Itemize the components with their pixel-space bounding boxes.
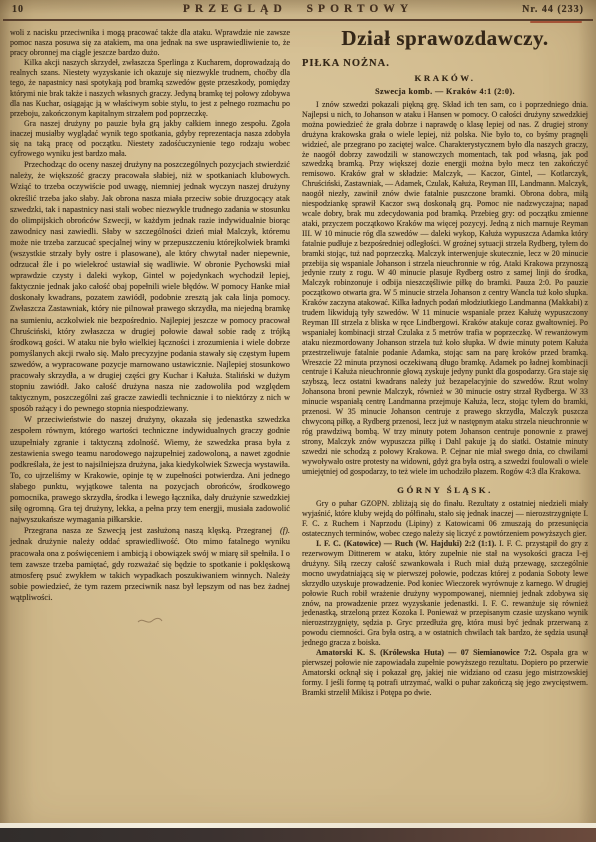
section-title: Dział sprawozdawczy. [302,26,588,51]
article-paragraph: Gra naszej drużyny po pauzie była grą ja… [10,119,290,159]
match-lead: I. F. C. (Katowice) — Ruch (W. Hajduki) … [316,539,496,548]
newspaper-page: 10 PRZEGLĄD SPORTOWY Nr. 44 (233) woli z… [0,0,596,842]
match-heading-szwecja-krakow: Szwecja komb. — Kraków 4:1 (2:0). [302,87,588,96]
match-text: I. F. C. przystąpił do gry z rezerwowym … [302,539,588,647]
article-paragraph-text: Przegrana nasza ze Szwecją jest zasłużon… [10,526,290,602]
right-column: Dział sprawozdawczy. PIŁKA NOŻNA. KRAKÓW… [302,26,588,698]
region-heading-gorny-slask: GÓRNY ŚLĄSK. [302,485,588,495]
article-paragraph: woli z nacisku przeciwnika i mogą pracow… [10,28,290,58]
match-paragraph-ifc-ruch: I. F. C. (Katowice) — Ruch (W. Hajduki) … [302,539,588,648]
left-column: woli z nacisku przeciwnika i mogą pracow… [10,28,290,630]
article-paragraph: (f).Przegrana nasza ze Szwecją jest zasł… [10,525,290,603]
page-header: 10 PRZEGLĄD SPORTOWY Nr. 44 (233) [0,3,596,18]
article-paragraph: Kilka akcji naszych skrzydeł, zwłaszcza … [10,58,290,119]
match-paragraph-amatorski-siemianowice: Amatorski K. S. (Królewska Huta) — 07 Si… [302,648,588,698]
article-paragraph: W przeciwieństwie do naszej drużyny, oka… [10,414,290,525]
red-pencil-mark [530,21,582,23]
category-heading-pilka-nozna: PIŁKA NOŻNA. [302,58,588,69]
match-lead: Amatorski K. S. (Królewska Huta) — 07 Si… [316,648,537,657]
region-heading-krakow: KRAKÓW. [302,73,588,83]
issue-number: Nr. 44 (233) [522,4,584,15]
page-bottom-dark-edge [0,828,596,842]
gorny-slask-intro: Gry o puhar GZOPN. zbliżają się do finał… [302,499,588,539]
article-signature: (f). [272,525,290,536]
article-paragraph: Przechodząc do oceny naszej drużyny na p… [10,159,290,414]
match-report-krakow: I znów szwedzi pokazali piękną grę. Skła… [302,100,588,476]
masthead: PRZEGLĄD SPORTOWY [0,3,596,15]
header-rule [3,19,593,21]
end-flourish-icon [10,612,290,630]
